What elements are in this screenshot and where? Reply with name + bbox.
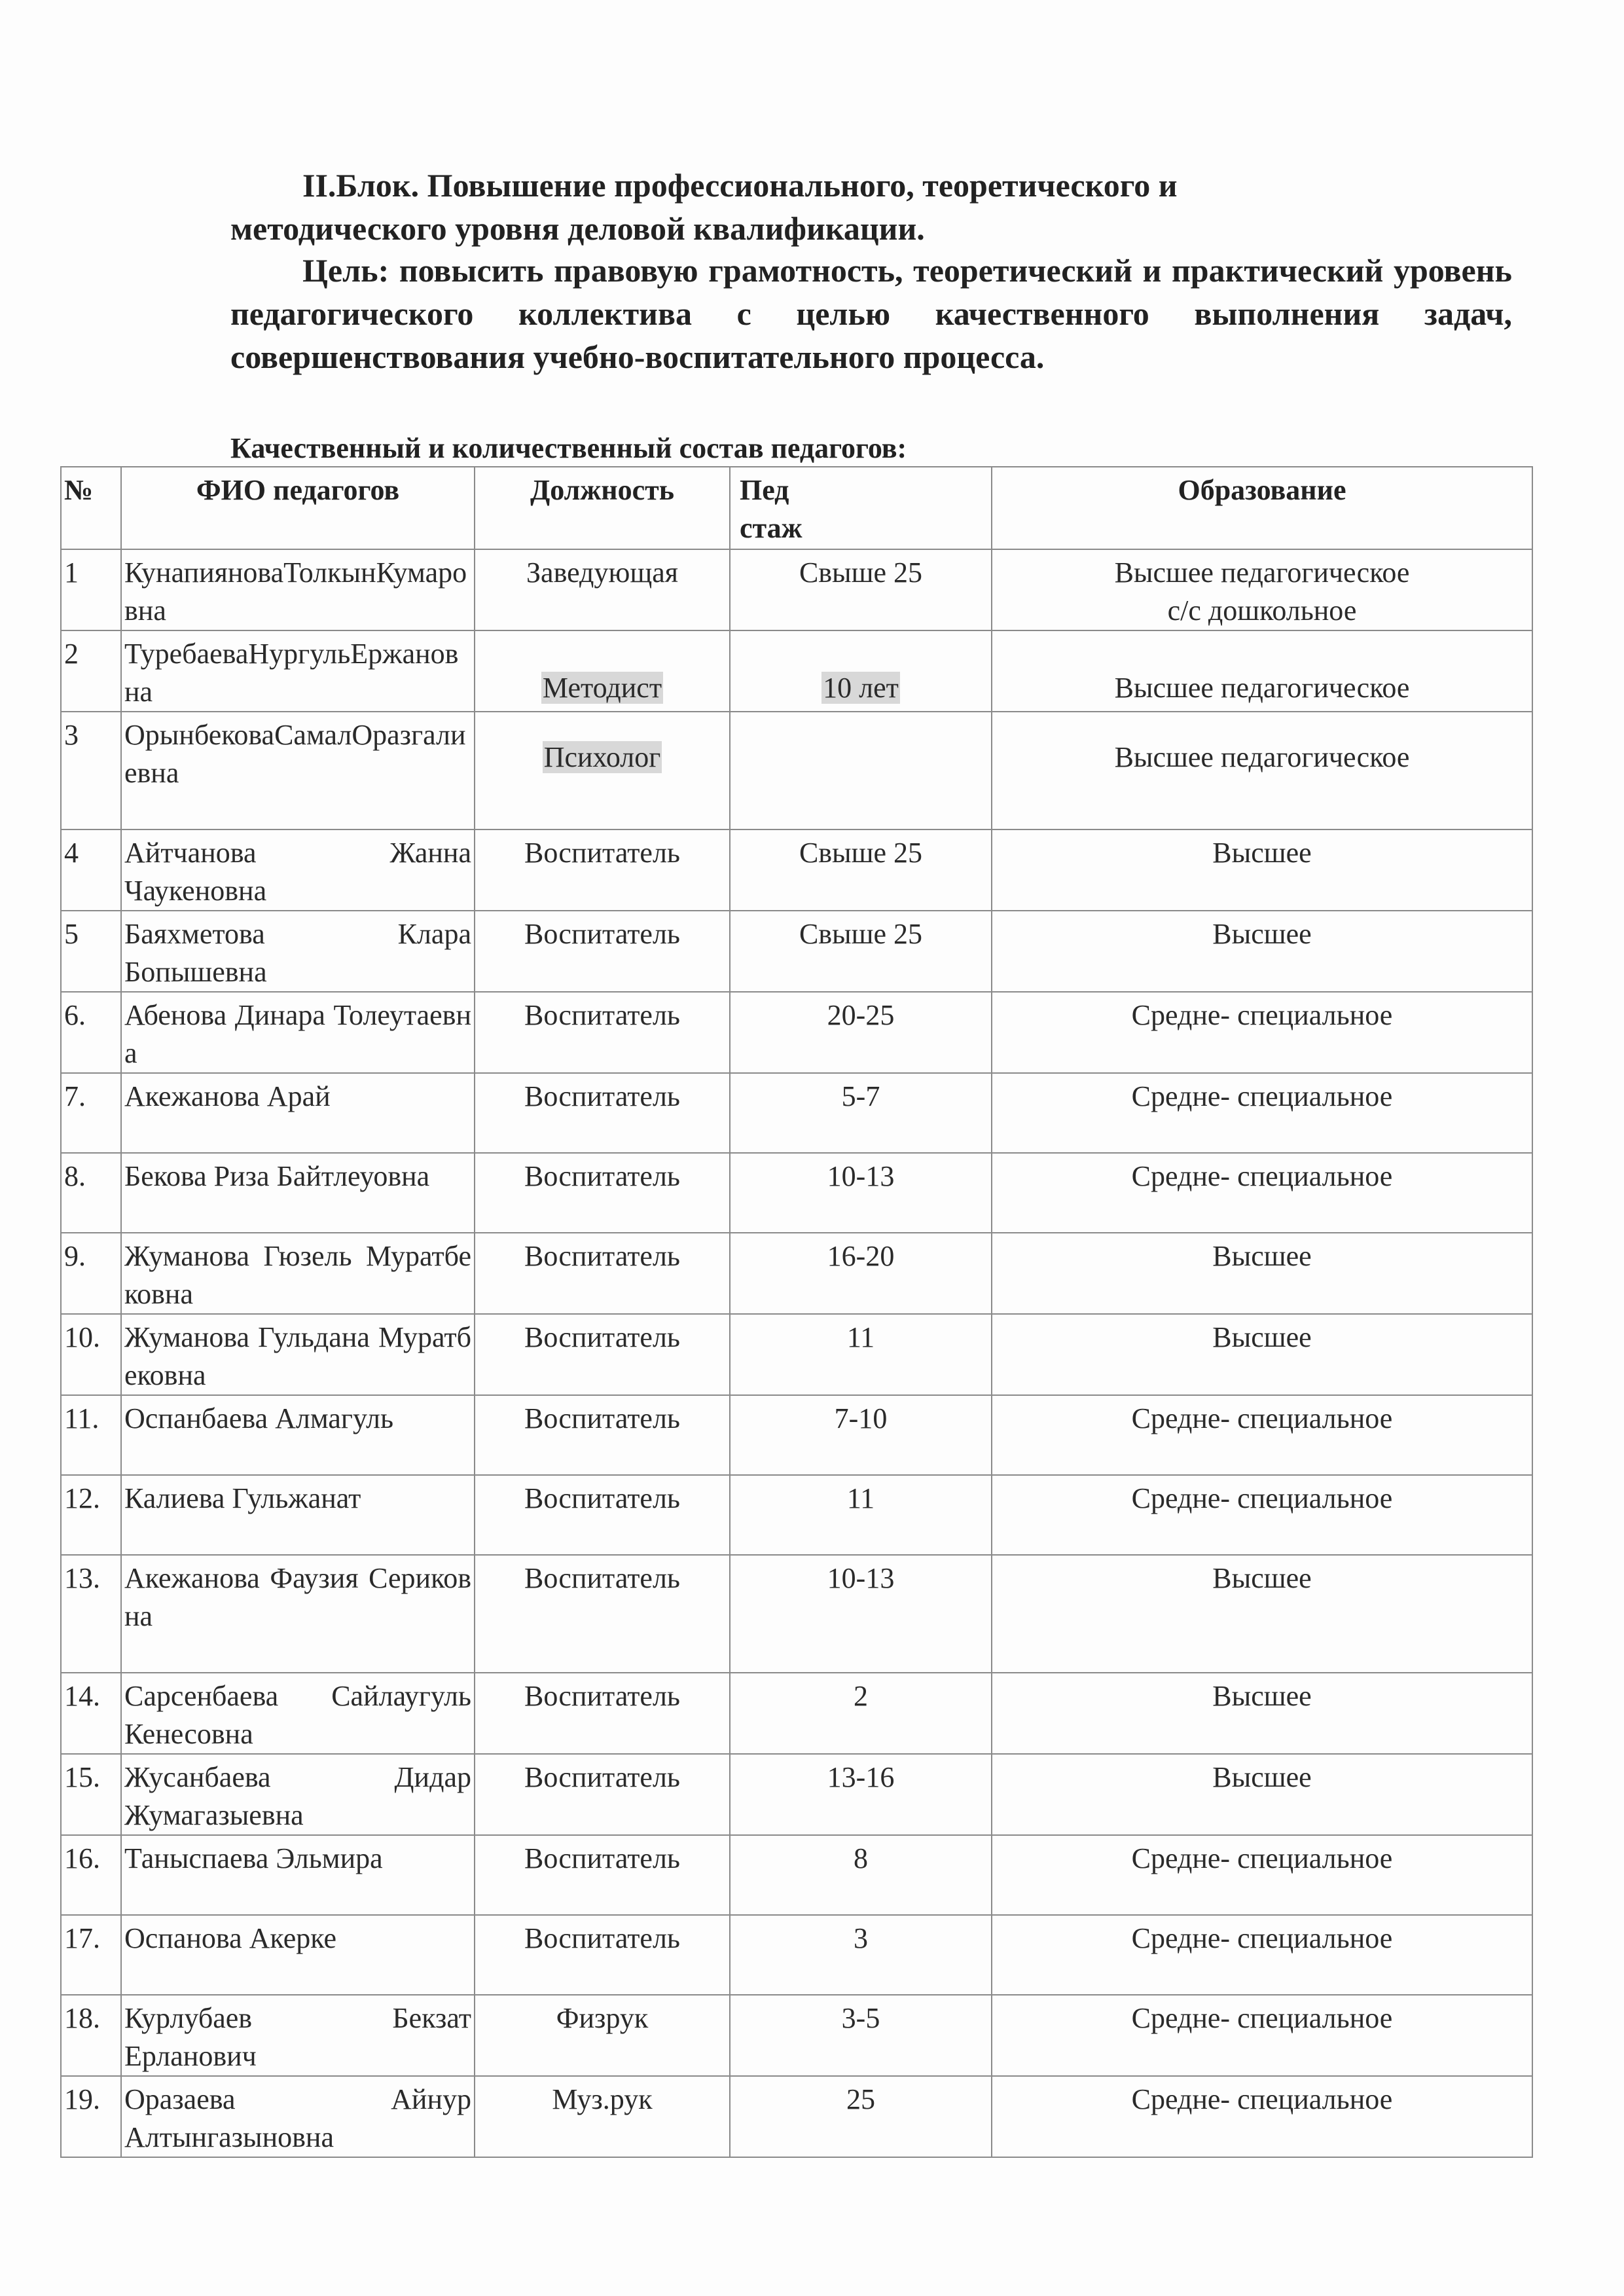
goal-text: Цель: повысить правовую грамотность, тео… bbox=[230, 249, 1512, 378]
cell-experience: 3-5 bbox=[730, 1995, 992, 2076]
cell-name: КурлубаевБекзатЕрланович bbox=[121, 1995, 475, 2076]
cell-experience: 10 лет bbox=[730, 630, 992, 712]
given-name: Сайлаугуль bbox=[331, 1677, 471, 1715]
cell-position: Воспитатель bbox=[475, 1835, 730, 1915]
patronymic: Алтынгазыновна bbox=[124, 2121, 334, 2153]
cell-position: Воспитатель bbox=[475, 1314, 730, 1395]
table-row: 4АйтчановаЖаннаЧаукеновнаВоспитательСвыш… bbox=[61, 829, 1532, 911]
surname: Баяхметова bbox=[124, 915, 265, 953]
surname: Жусанбаева bbox=[124, 1758, 271, 1796]
cell-education: Средне- специальное bbox=[992, 1835, 1532, 1915]
surname: Айтчанова bbox=[124, 834, 256, 872]
education-text: Высшее bbox=[995, 1559, 1529, 1597]
cell-position: Воспитатель bbox=[475, 829, 730, 911]
education-text: Средне- специальное bbox=[995, 1999, 1529, 2037]
education-text: Средне- специальное bbox=[995, 2081, 1529, 2119]
table-row: 19.ОразаеваАйнурАлтынгазыновнаМуз.рук25С… bbox=[61, 2076, 1532, 2157]
cell-education: Средне- специальное bbox=[992, 992, 1532, 1073]
table-row: 10.Жуманова Гульдана МуратбековнаВоспита… bbox=[61, 1314, 1532, 1395]
cell-name: Акежанова Арай bbox=[121, 1073, 475, 1153]
cell-experience: 10-13 bbox=[730, 1153, 992, 1233]
surname: Курлубаев bbox=[124, 1999, 252, 2037]
cell-name: БаяхметоваКлараБопышевна bbox=[121, 911, 475, 992]
table-row: 7.Акежанова АрайВоспитатель5-7Средне- сп… bbox=[61, 1073, 1532, 1153]
table-header-row: № ФИО педагогов Должность Пед стаж Образ… bbox=[61, 467, 1532, 549]
cell-position: Воспитатель bbox=[475, 1153, 730, 1233]
cell-experience: 5-7 bbox=[730, 1073, 992, 1153]
cell-num: 2 bbox=[61, 630, 121, 712]
cell-experience: 7-10 bbox=[730, 1395, 992, 1475]
given-name: Дидар bbox=[395, 1758, 471, 1796]
cell-experience bbox=[730, 712, 992, 829]
education-text: Средне- специальное bbox=[995, 996, 1529, 1034]
cell-num: 3 bbox=[61, 712, 121, 829]
cell-experience: 20-25 bbox=[730, 992, 992, 1073]
table-row: 1КунапияноваТолкынКумаровнаЗаведующаяСвы… bbox=[61, 549, 1532, 630]
cell-name: КунапияноваТолкынКумаровна bbox=[121, 549, 475, 630]
education-text: Высшее bbox=[995, 1237, 1529, 1275]
patronymic: Кенесовна bbox=[124, 1718, 253, 1750]
cell-experience: 11 bbox=[730, 1314, 992, 1395]
cell-num: 16. bbox=[61, 1835, 121, 1915]
given-name: Бекзат bbox=[392, 1999, 471, 2037]
cell-name: ЖусанбаеваДидарЖумагазыевна bbox=[121, 1754, 475, 1835]
cell-num: 13. bbox=[61, 1555, 121, 1673]
table-row: 9.Жуманова Гюзель МуратбековнаВоспитател… bbox=[61, 1233, 1532, 1314]
cell-position: Воспитатель bbox=[475, 1395, 730, 1475]
cell-name: Жуманова Гульдана Муратбековна bbox=[121, 1314, 475, 1395]
table-row: 12.Калиева ГульжанатВоспитатель11Средне-… bbox=[61, 1475, 1532, 1555]
cell-education: Средне- специальное bbox=[992, 1995, 1532, 2076]
cell-education: Высшее педагогическое bbox=[992, 712, 1532, 829]
table-row: 5БаяхметоваКлараБопышевнаВоспитательСвыш… bbox=[61, 911, 1532, 992]
given-name: Айнур bbox=[391, 2081, 471, 2119]
cell-education: Высшее bbox=[992, 1314, 1532, 1395]
cell-position: Воспитатель bbox=[475, 1754, 730, 1835]
given-name: Жанна bbox=[390, 834, 471, 872]
cell-name: Абенова Динара Толеутаевна bbox=[121, 992, 475, 1073]
table-row: 13.Акежанова Фаузия СериковнаВоспитатель… bbox=[61, 1555, 1532, 1673]
cell-experience: 13-16 bbox=[730, 1754, 992, 1835]
cell-num: 6. bbox=[61, 992, 121, 1073]
header-num: № bbox=[61, 467, 121, 549]
cell-position: Воспитатель bbox=[475, 1915, 730, 1995]
cell-experience: Свыше 25 bbox=[730, 911, 992, 992]
table-row: 8.Бекова Риза БайтлеуовнаВоспитатель10-1… bbox=[61, 1153, 1532, 1233]
education-text: Высшее bbox=[995, 834, 1529, 872]
cell-num: 15. bbox=[61, 1754, 121, 1835]
cell-education: Средне- специальное bbox=[992, 1395, 1532, 1475]
education-text: Средне- специальное bbox=[995, 1078, 1529, 1116]
cell-experience: 8 bbox=[730, 1835, 992, 1915]
surname: Сарсенбаева bbox=[124, 1677, 278, 1715]
cell-num: 18. bbox=[61, 1995, 121, 2076]
table-row: 15.ЖусанбаеваДидарЖумагазыевнаВоспитател… bbox=[61, 1754, 1532, 1835]
cell-name: Таныспаева Эльмира bbox=[121, 1835, 475, 1915]
cell-name: Оспанбаева Алмагуль bbox=[121, 1395, 475, 1475]
block-title-line1: II.Блок. Повышение профессионального, те… bbox=[230, 164, 1512, 207]
education-text: Высшее bbox=[995, 915, 1529, 953]
education-text: Высшее педагогическое bbox=[995, 669, 1529, 707]
cell-position: Психолог bbox=[475, 712, 730, 829]
patronymic: Чаукеновна bbox=[124, 875, 266, 907]
education-text-extra: с/с дошкольное bbox=[995, 592, 1529, 630]
cell-position: Муз.рук bbox=[475, 2076, 730, 2157]
cell-num: 12. bbox=[61, 1475, 121, 1555]
cell-num: 4 bbox=[61, 829, 121, 911]
table-row: 18.КурлубаевБекзатЕрлановичФизрук3-5Сред… bbox=[61, 1995, 1532, 2076]
cell-position: Воспитатель bbox=[475, 1475, 730, 1555]
cell-position: Воспитатель bbox=[475, 1555, 730, 1673]
cell-position: Физрук bbox=[475, 1995, 730, 2076]
cell-name: Калиева Гульжанат bbox=[121, 1475, 475, 1555]
cell-education: Средне- специальное bbox=[992, 1153, 1532, 1233]
table-row: 11.Оспанбаева АлмагульВоспитатель7-10Сре… bbox=[61, 1395, 1532, 1475]
cell-experience: 10-13 bbox=[730, 1555, 992, 1673]
header-experience-line1: Пед bbox=[740, 471, 988, 509]
education-text: Средне- специальное bbox=[995, 1480, 1529, 1518]
table-row: 6.Абенова Динара ТолеутаевнаВоспитатель2… bbox=[61, 992, 1532, 1073]
education-text: Средне- специальное bbox=[995, 1157, 1529, 1195]
cell-num: 9. bbox=[61, 1233, 121, 1314]
cell-position: Воспитатель bbox=[475, 911, 730, 992]
header-education: Образование bbox=[992, 467, 1532, 549]
cell-position: Воспитатель bbox=[475, 1073, 730, 1153]
cell-name: ТуребаеваНургульЕржановна bbox=[121, 630, 475, 712]
cell-education: Средне- специальное bbox=[992, 2076, 1532, 2157]
cell-position: Воспитатель bbox=[475, 992, 730, 1073]
cell-education: Высшее bbox=[992, 911, 1532, 992]
cell-name: Акежанова Фаузия Сериковна bbox=[121, 1555, 475, 1673]
table-row: 3ОрынбековаСамалОразгалиевнаПсихологВысш… bbox=[61, 712, 1532, 829]
cell-num: 17. bbox=[61, 1915, 121, 1995]
cell-education: Высшее bbox=[992, 1555, 1532, 1673]
cell-num: 10. bbox=[61, 1314, 121, 1395]
cell-experience: 11 bbox=[730, 1475, 992, 1555]
patronymic: Жумагазыевна bbox=[124, 1799, 304, 1831]
cell-experience: 25 bbox=[730, 2076, 992, 2157]
header-experience: Пед стаж bbox=[730, 467, 992, 549]
education-text: Средне- специальное bbox=[995, 1920, 1529, 1958]
cell-num: 11. bbox=[61, 1395, 121, 1475]
given-name: Клара bbox=[398, 915, 471, 953]
cell-education: Средне- специальное bbox=[992, 1073, 1532, 1153]
patronymic: Бопышевна bbox=[124, 956, 267, 988]
surname: Оразаева bbox=[124, 2081, 235, 2119]
cell-experience: 3 bbox=[730, 1915, 992, 1995]
cell-name: СарсенбаеваСайлаугульКенесовна bbox=[121, 1673, 475, 1754]
cell-education: Высшее педагогическоес/с дошкольное bbox=[992, 549, 1532, 630]
header-position: Должность bbox=[475, 467, 730, 549]
cell-position: Заведующая bbox=[475, 549, 730, 630]
table-row: 14.СарсенбаеваСайлаугульКенесовнаВоспита… bbox=[61, 1673, 1532, 1754]
education-text: Высшее bbox=[995, 1319, 1529, 1357]
cell-num: 7. bbox=[61, 1073, 121, 1153]
header-experience-line2: стаж bbox=[740, 509, 988, 547]
table-row: 2ТуребаеваНургульЕржановнаМетодист10 лет… bbox=[61, 630, 1532, 712]
cell-experience: Свыше 25 bbox=[730, 549, 992, 630]
cell-education: Средне- специальное bbox=[992, 1475, 1532, 1555]
block-title-line2: методического уровня деловой квалификаци… bbox=[230, 207, 1512, 250]
patronymic: Ерланович bbox=[124, 2040, 257, 2072]
education-text: Высшее bbox=[995, 1758, 1529, 1796]
cell-experience: 16-20 bbox=[730, 1233, 992, 1314]
cell-name: ОрынбековаСамалОразгалиевна bbox=[121, 712, 475, 829]
cell-position: Методист bbox=[475, 630, 730, 712]
cell-education: Средне- специальное bbox=[992, 1915, 1532, 1995]
cell-name: ОразаеваАйнурАлтынгазыновна bbox=[121, 2076, 475, 2157]
cell-experience: 2 bbox=[730, 1673, 992, 1754]
experience-text: 10 лет bbox=[821, 672, 900, 704]
staff-table: № ФИО педагогов Должность Пед стаж Образ… bbox=[60, 466, 1533, 2158]
cell-education: Высшее педагогическое bbox=[992, 630, 1532, 712]
education-text: Высшее педагогическое bbox=[995, 554, 1529, 592]
cell-position: Воспитатель bbox=[475, 1673, 730, 1754]
education-text: Высшее bbox=[995, 1677, 1529, 1715]
cell-education: Высшее bbox=[992, 1673, 1532, 1754]
cell-experience: Свыше 25 bbox=[730, 829, 992, 911]
cell-education: Высшее bbox=[992, 829, 1532, 911]
cell-education: Высшее bbox=[992, 1754, 1532, 1835]
block-title: II.Блок. Повышение профессионального, те… bbox=[230, 164, 1512, 250]
cell-num: 19. bbox=[61, 2076, 121, 2157]
table-row: 17.Оспанова АкеркеВоспитатель3Средне- сп… bbox=[61, 1915, 1532, 1995]
cell-name: АйтчановаЖаннаЧаукеновна bbox=[121, 829, 475, 911]
goal-paragraph: Цель: повысить правовую грамотность, тео… bbox=[230, 249, 1512, 378]
cell-name: Бекова Риза Байтлеуовна bbox=[121, 1153, 475, 1233]
cell-name: Оспанова Акерке bbox=[121, 1915, 475, 1995]
cell-education: Высшее bbox=[992, 1233, 1532, 1314]
education-text: Средне- специальное bbox=[995, 1400, 1529, 1438]
education-text: Средне- специальное bbox=[995, 1840, 1529, 1878]
header-name: ФИО педагогов bbox=[121, 467, 475, 549]
table-row: 16.Таныспаева ЭльмираВоспитатель8Средне-… bbox=[61, 1835, 1532, 1915]
cell-num: 14. bbox=[61, 1673, 121, 1754]
table-caption: Качественный и количественный состав пед… bbox=[230, 432, 907, 465]
cell-num: 1 bbox=[61, 549, 121, 630]
position-text: Методист bbox=[541, 672, 663, 704]
cell-position: Воспитатель bbox=[475, 1233, 730, 1314]
education-text: Высшее педагогическое bbox=[995, 738, 1529, 776]
cell-name: Жуманова Гюзель Муратбековна bbox=[121, 1233, 475, 1314]
cell-num: 5 bbox=[61, 911, 121, 992]
position-text: Психолог bbox=[543, 741, 662, 773]
cell-num: 8. bbox=[61, 1153, 121, 1233]
